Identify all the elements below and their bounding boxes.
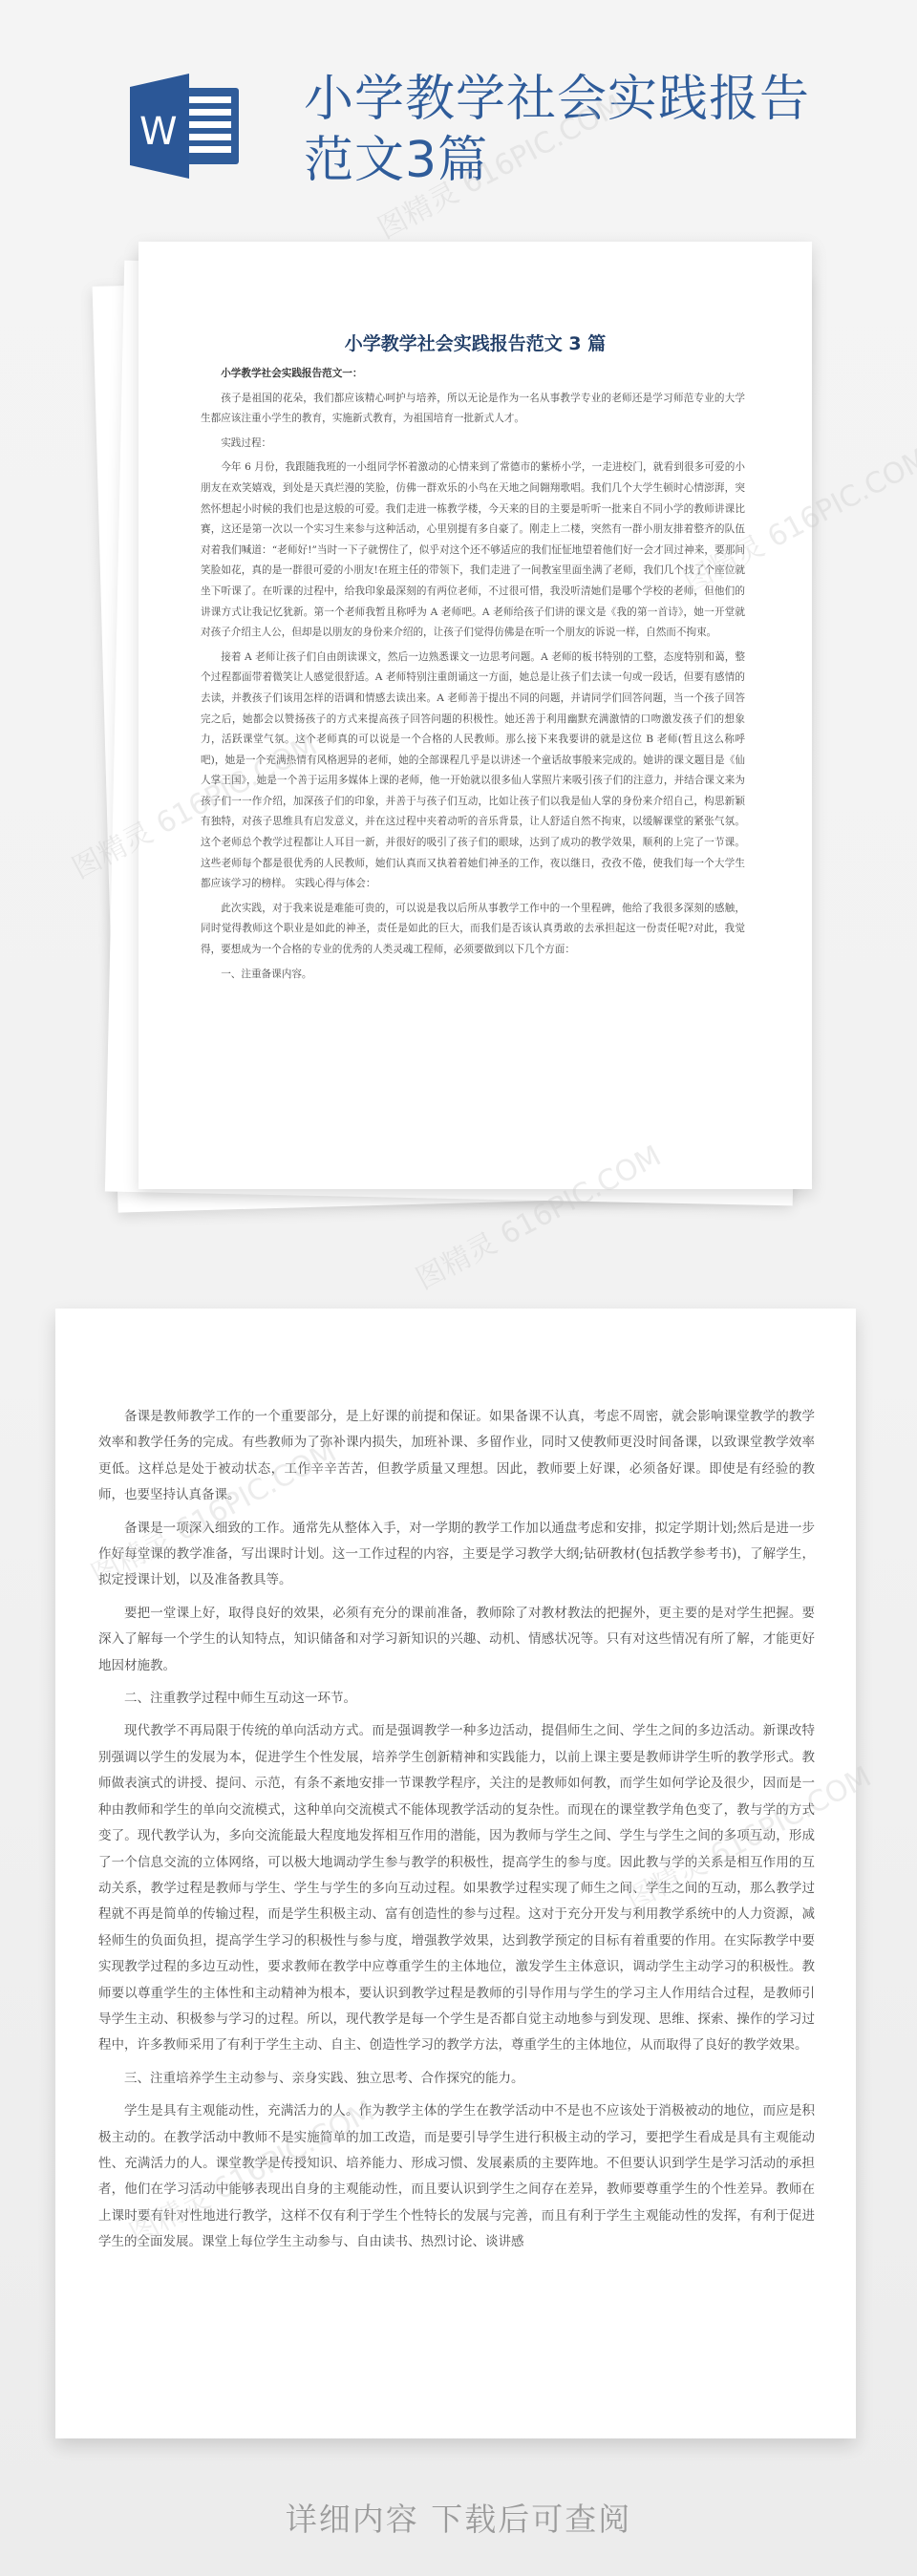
section-label: 实践过程： — [201, 434, 745, 455]
paragraph: 此次实践，对于我来说是难能可贵的，可以说是我以后所从事教学工作中的一个里程碑，他… — [201, 899, 745, 961]
paragraph: 今年 6 月份，我跟随我班的一小组同学怀着激动的心情来到了常德市的紫桥小学，一走… — [201, 458, 745, 643]
title-line-1: 小学教学社会实践报告 — [304, 69, 839, 130]
header: W 小学教学社会实践报告 范文3篇 — [0, 0, 917, 210]
page-title: 小学教学社会实践报告范文 3 篇 — [139, 330, 812, 355]
document-page-1[interactable]: 小学教学社会实践报告范文 3 篇 小学教学社会实践报告范文一： 孩子是祖国的花朵… — [139, 242, 812, 1189]
paragraph: 孩子是祖国的花朵，我们都应该精心呵护与培养，所以无论是作为一名从事教学专业的老师… — [201, 389, 745, 430]
page-2-body: 备课是教师教学工作的一个重要部分，是上好课的前提和保证。如果备课不认真，考虑不周… — [98, 1404, 815, 2263]
paragraph: 备课是教师教学工作的一个重要部分，是上好课的前提和保证。如果备课不认真，考虑不周… — [98, 1404, 815, 1509]
paragraph: 接着 A 老师让孩子们自由朗读课文，然后一边熟悉课文一边思考问题。A 老师的板书… — [201, 648, 745, 895]
section-heading: 小学教学社会实践报告范文一： — [201, 364, 745, 385]
section-label: 三、注重培养学生主动参与、亲身实践、独立思考、合作探究的能力。 — [98, 2066, 815, 2092]
page-1-body: 小学教学社会实践报告范文一： 孩子是祖国的花朵，我们都应该精心呵护与培养，所以无… — [201, 364, 745, 989]
section-label: 一、注重备课内容。 — [201, 965, 745, 986]
download-to-view-note: 详细内容 下载后可查阅 — [0, 2495, 917, 2540]
word-document-icon: W — [126, 74, 245, 179]
document-title: 小学教学社会实践报告 范文3篇 — [304, 69, 839, 191]
paragraph: 现代教学不再局限于传统的单向活动方式。而是强调教学一种多边活动，提倡师生之间、学… — [98, 1718, 815, 2058]
document-page-2[interactable]: 备课是教师教学工作的一个重要部分，是上好课的前提和保证。如果备课不认真，考虑不周… — [55, 1309, 856, 2438]
title-line-2: 范文3篇 — [304, 130, 839, 191]
section-label: 二、注重教学过程中师生互动这一环节。 — [98, 1686, 815, 1712]
paragraph: 备课是一项深入细致的工作。通常先从整体入手，对一学期的教学工作加以通盘考虑和安排… — [98, 1516, 815, 1594]
paragraph: 学生是具有主观能动性，充满活力的人。作为教学主体的学生在教学活动中不是也不应该处… — [98, 2098, 815, 2255]
svg-text:W: W — [139, 110, 178, 154]
paragraph: 要把一堂课上好，取得良好的效果，必须有充分的课前准备，教师除了对教材教法的把握外… — [98, 1601, 815, 1679]
